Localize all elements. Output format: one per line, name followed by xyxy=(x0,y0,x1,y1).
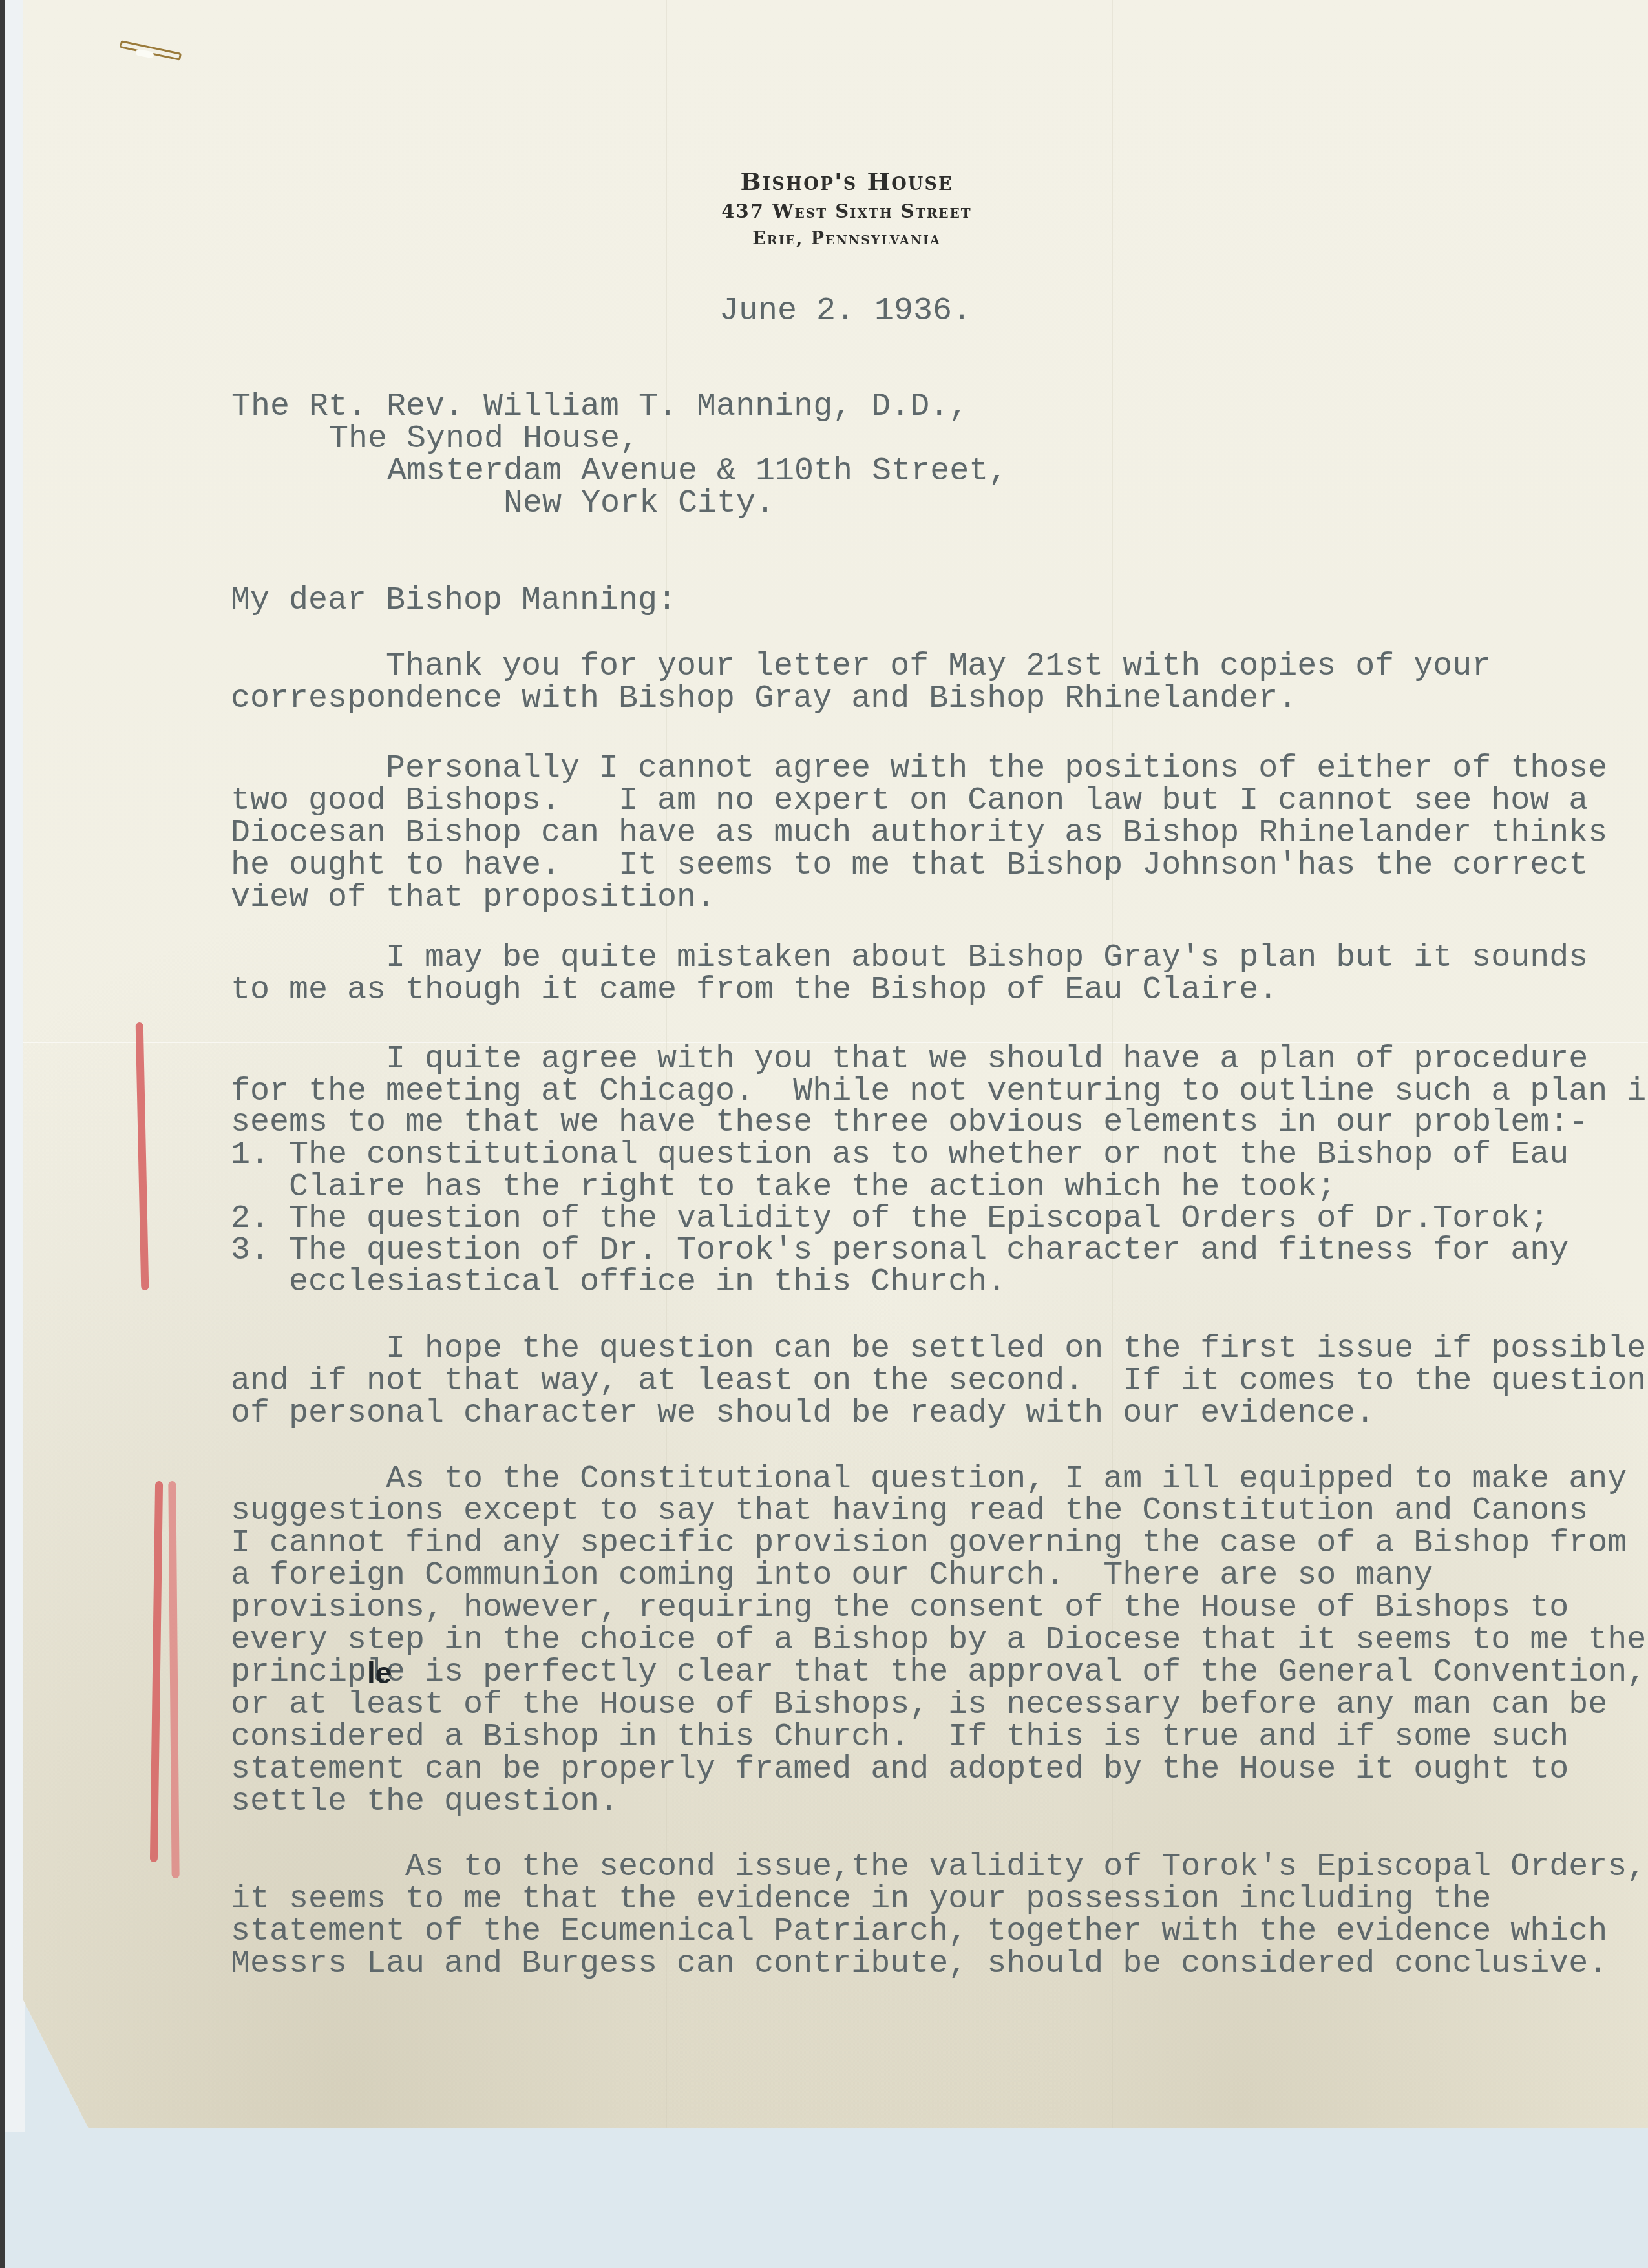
body-line: view of that proposition. xyxy=(231,882,715,914)
body-line: seems to me that we have these three obv… xyxy=(231,1107,1588,1139)
body-line: statement of the Ecumenical Patriarch, t… xyxy=(231,1916,1607,1948)
scanner-edge xyxy=(0,0,5,2268)
letterhead-name: Bishop's House xyxy=(0,167,1648,196)
body-line: statement can be properly framed and ado… xyxy=(231,1754,1569,1786)
body-line: correspondence with Bishop Gray and Bish… xyxy=(231,683,1297,715)
body-line: Thank you for your letter of May 21st wi… xyxy=(386,651,1491,683)
addressee-line: New York City. xyxy=(503,488,775,520)
addressee-line: Amsterdam Avenue & 110th Street, xyxy=(387,456,1008,488)
body-line: As to the Constitutional question, I am … xyxy=(386,1464,1627,1496)
body-line: provisions, however, requiring the conse… xyxy=(231,1592,1569,1624)
body-line: I may be quite mistaken about Bishop Gra… xyxy=(386,942,1588,974)
body-line: Diocesan Bishop can have as much authori… xyxy=(231,817,1607,850)
letterhead-city: Erie, Pennsylvania xyxy=(0,229,1648,249)
body-line: I quite agree with you that we should ha… xyxy=(386,1044,1588,1076)
body-line: Personally I cannot agree with the posit… xyxy=(386,753,1607,785)
list-item: 3. The question of Dr. Torok's personal … xyxy=(231,1235,1569,1267)
body-line: every step in the choice of a Bishop by … xyxy=(231,1624,1646,1657)
body-line: I hope the question can be settled on th… xyxy=(386,1333,1646,1365)
list-item: 1. The constitutional question as to whe… xyxy=(231,1139,1569,1171)
letterhead-street: 437 West Sixth Street xyxy=(0,200,1648,222)
body-line: to me as though it came from the Bishop … xyxy=(231,974,1278,1007)
body-line: I cannot find any specific provision gov… xyxy=(231,1528,1627,1560)
salutation: My dear Bishop Manning: xyxy=(231,585,677,617)
letter-date: June 2. 1936. xyxy=(719,295,971,328)
body-line: of personal character we should be ready… xyxy=(231,1398,1375,1430)
addressee-line: The Synod House, xyxy=(329,423,639,456)
body-line: it seems to me that the evidence in your… xyxy=(231,1884,1491,1916)
body-line: principle is perfectly clear that the ap… xyxy=(231,1657,1646,1689)
list-item-continuation: ecclesiastical office in this Church. xyxy=(289,1266,1006,1299)
body-line: two good Bishops. I am no expert on Cano… xyxy=(231,785,1588,817)
body-line: a foreign Communion coming into our Chur… xyxy=(231,1560,1433,1592)
body-line: he ought to have. It seems to me that Bi… xyxy=(231,850,1588,882)
body-line: suggestions except to say that having re… xyxy=(231,1495,1588,1528)
ink-correction: le xyxy=(367,1655,392,1690)
body-line: considered a Bishop in this Church. If t… xyxy=(231,1721,1569,1754)
body-line: or at least of the House of Bishops, is … xyxy=(231,1689,1607,1721)
body-line: settle the question. xyxy=(231,1786,618,1818)
list-item-continuation: Claire has the right to take the action … xyxy=(289,1171,1336,1204)
body-line: and if not that way, at least on the sec… xyxy=(231,1365,1646,1398)
body-line: Messrs Lau and Burgess can contribute, s… xyxy=(231,1948,1607,1980)
body-line: As to the second issue,the validity of T… xyxy=(405,1851,1646,1884)
body-line: for the meeting at Chicago. While not ve… xyxy=(231,1076,1646,1108)
addressee-line: The Rt. Rev. William T. Manning, D.D., xyxy=(231,391,968,423)
scanner-strip xyxy=(5,0,25,2132)
list-item: 2. The question of the validity of the E… xyxy=(231,1203,1549,1235)
